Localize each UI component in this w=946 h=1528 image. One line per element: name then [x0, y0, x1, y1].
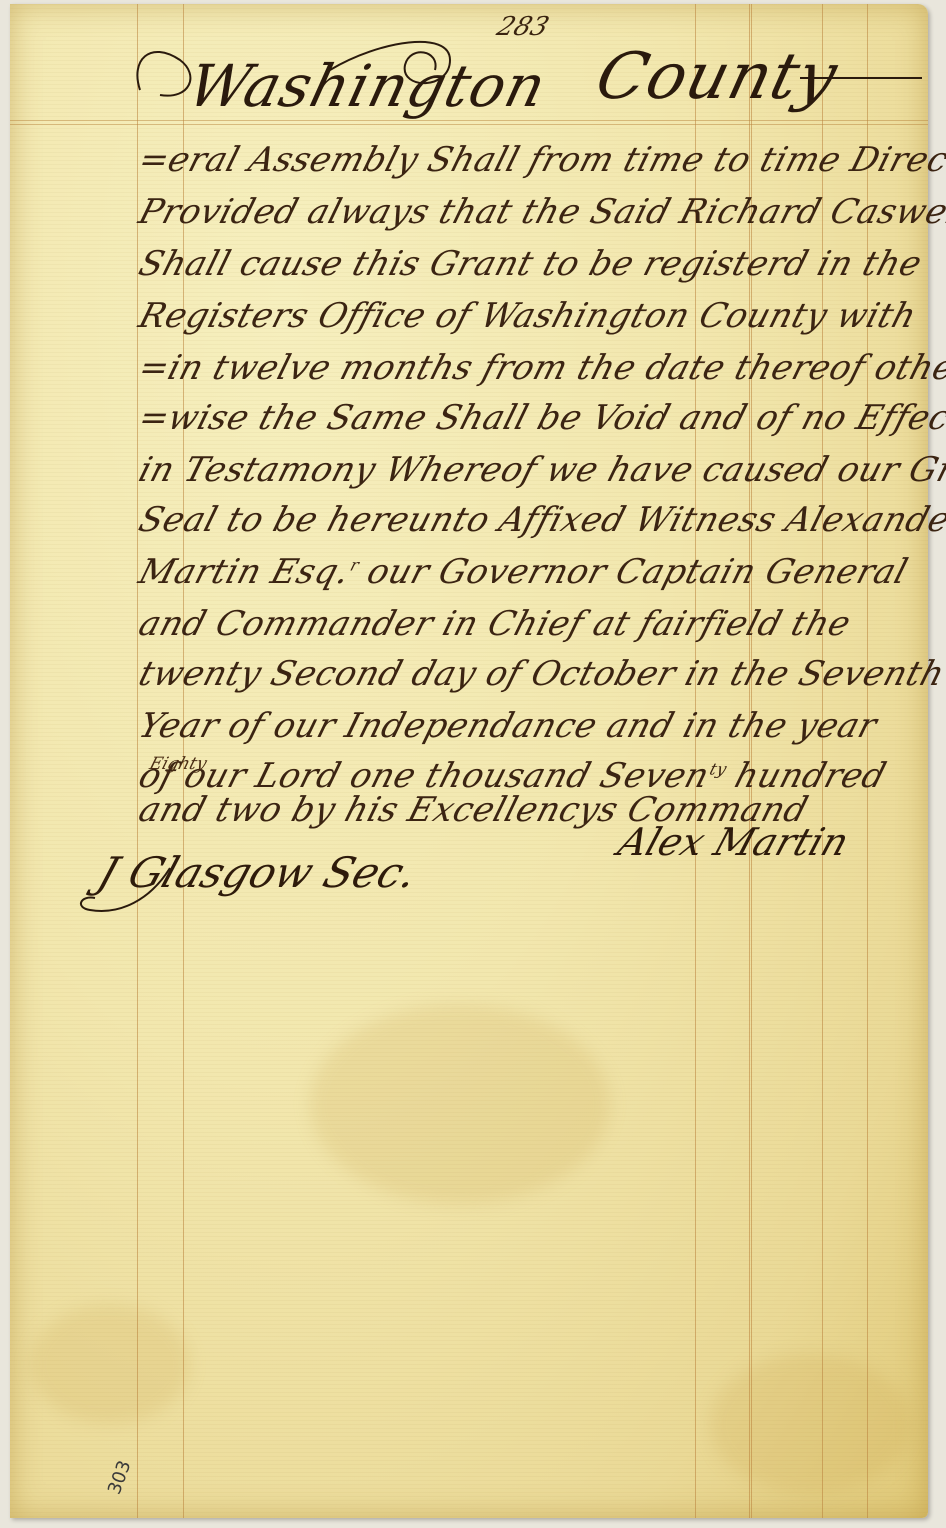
text-line-9: Martin Esq.r our Governor Captain Genera… [134, 552, 945, 592]
text-line-11: twenty Second day of October in the Seve… [134, 654, 945, 694]
text-line-10: and Commander in Chief at fairfield the [134, 604, 945, 644]
text-line-7: in Testamony Whereof we have caused our … [134, 450, 945, 490]
text-line-3: Shall cause this Grant to be registerd i… [134, 244, 945, 284]
text-martin-esq: Martin Esq. [134, 552, 354, 592]
paper-stain [30, 1304, 190, 1424]
text-line-4: Registers Office of Washington County wi… [134, 296, 945, 336]
signature-flourish [70, 860, 190, 920]
signature-governor: Alex Martin [613, 820, 855, 864]
text-line-12: Year of our Independance and in the year [134, 706, 945, 746]
text-line-1: =eral Assembly Shall from time to time D… [134, 140, 945, 180]
text-line-5: =in twelve months from the date thereof … [134, 348, 945, 388]
ruled-line-horizontal [10, 124, 928, 125]
heading-county-name: Washington [182, 52, 554, 120]
interlinear-insert: Eighty [147, 754, 209, 774]
text-line-6: =wise the Same Shall be Void and of no E… [134, 398, 945, 438]
paper-stain [710, 1354, 910, 1494]
paper-stain [310, 1004, 610, 1204]
heading-underline-flourish [800, 77, 922, 79]
text-line-2: Provided always that the Said Richard Ca… [134, 192, 945, 232]
text-line-8: Seal to be hereunto Affixed Witness Alex… [134, 500, 945, 540]
page-number: 283 [493, 12, 552, 42]
ruled-line-horizontal [10, 120, 928, 121]
text-governor-title: our Governor Captain General [351, 552, 912, 592]
